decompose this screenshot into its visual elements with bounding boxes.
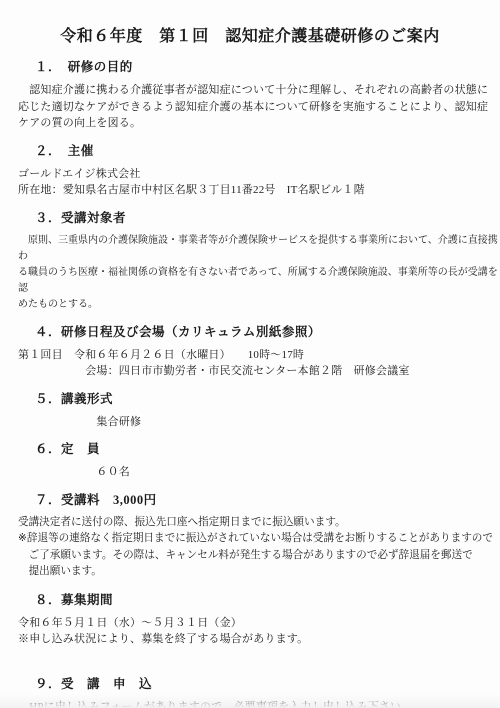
section-lecture-format: ５．講義形式 集合研修	[0, 391, 500, 431]
section-body: ゴールドエイジ株式会社 所在地：愛知県名古屋市中村区名駅３丁目11番22号 IT…	[18, 166, 500, 199]
section-eligible-participants: ３．受講対象者 原則、三重県内の介護保険施設・事業者等が介護保険サービスを提供す…	[0, 210, 500, 313]
section-body: 令和６年５月１日（水）～５月３１日（金） ※申し込み状況により、募集を終了する場…	[18, 615, 500, 648]
section-body: 集合研修	[18, 414, 500, 431]
section-heading: ３．受講対象者	[35, 210, 500, 227]
section-heading: ４．研修日程及び会場（カリキュラム別紙参照）	[35, 324, 500, 341]
section-body: ６０名	[18, 464, 500, 481]
section-heading: ５．講義形式	[35, 391, 500, 408]
section-body: 認知症介護に携わる介護従事者が認知症について十分に理解し、それぞれの高齢者の状態…	[18, 82, 500, 132]
section-heading: ９．受 講 申 込	[35, 676, 500, 693]
section-body: 受講決定者に送付の際、振込先口座へ指定期日までに振込願います。 ※辞退等の連絡な…	[18, 515, 500, 581]
section-heading: ８．募集期間	[35, 592, 500, 609]
section-heading: ６．定 員	[35, 441, 500, 458]
section-body: 原則、三重県内の介護保険施設・事業者等が介護保険サービスを提供する事業所において…	[18, 233, 500, 313]
section-capacity: ６．定 員 ６０名	[0, 441, 500, 481]
section-fee: ７．受講料 3,000円 受講決定者に送付の際、振込先口座へ指定期日までに振込願…	[0, 492, 500, 581]
section-schedule-venue: ４．研修日程及び会場（カリキュラム別紙参照） 第１回目 令和６年６月２６日（水曜…	[0, 324, 500, 380]
section-training-purpose: １． 研修の目的 認知症介護に携わる介護従事者が認知症について十分に理解し、それ…	[0, 59, 500, 132]
page-title: 令和６年度 第１回 認知症介護基礎研修のご案内	[0, 0, 500, 48]
section-body: HPに申し込みフォームがありますので、必要事項を入力し申し込み下さい。	[18, 699, 500, 708]
section-heading: ７．受講料 3,000円	[35, 492, 500, 509]
section-how-to-apply: ９．受 講 申 込 HPに申し込みフォームがありますので、必要事項を入力し申し込…	[0, 676, 500, 708]
document-page: 令和６年度 第１回 認知症介護基礎研修のご案内 １． 研修の目的 認知症介護に携…	[0, 0, 500, 708]
section-body: 第１回目 令和６年６月２６日（水曜日） 10時～17時 会場：四日市市勤労者・市…	[18, 347, 500, 380]
section-application-period: ８．募集期間 令和６年５月１日（水）～５月３１日（金） ※申し込み状況により、募…	[0, 592, 500, 648]
section-heading: ２． 主催	[35, 143, 500, 160]
section-heading: １． 研修の目的	[35, 59, 500, 76]
section-organizer: ２． 主催 ゴールドエイジ株式会社 所在地：愛知県名古屋市中村区名駅３丁目11番…	[0, 143, 500, 199]
